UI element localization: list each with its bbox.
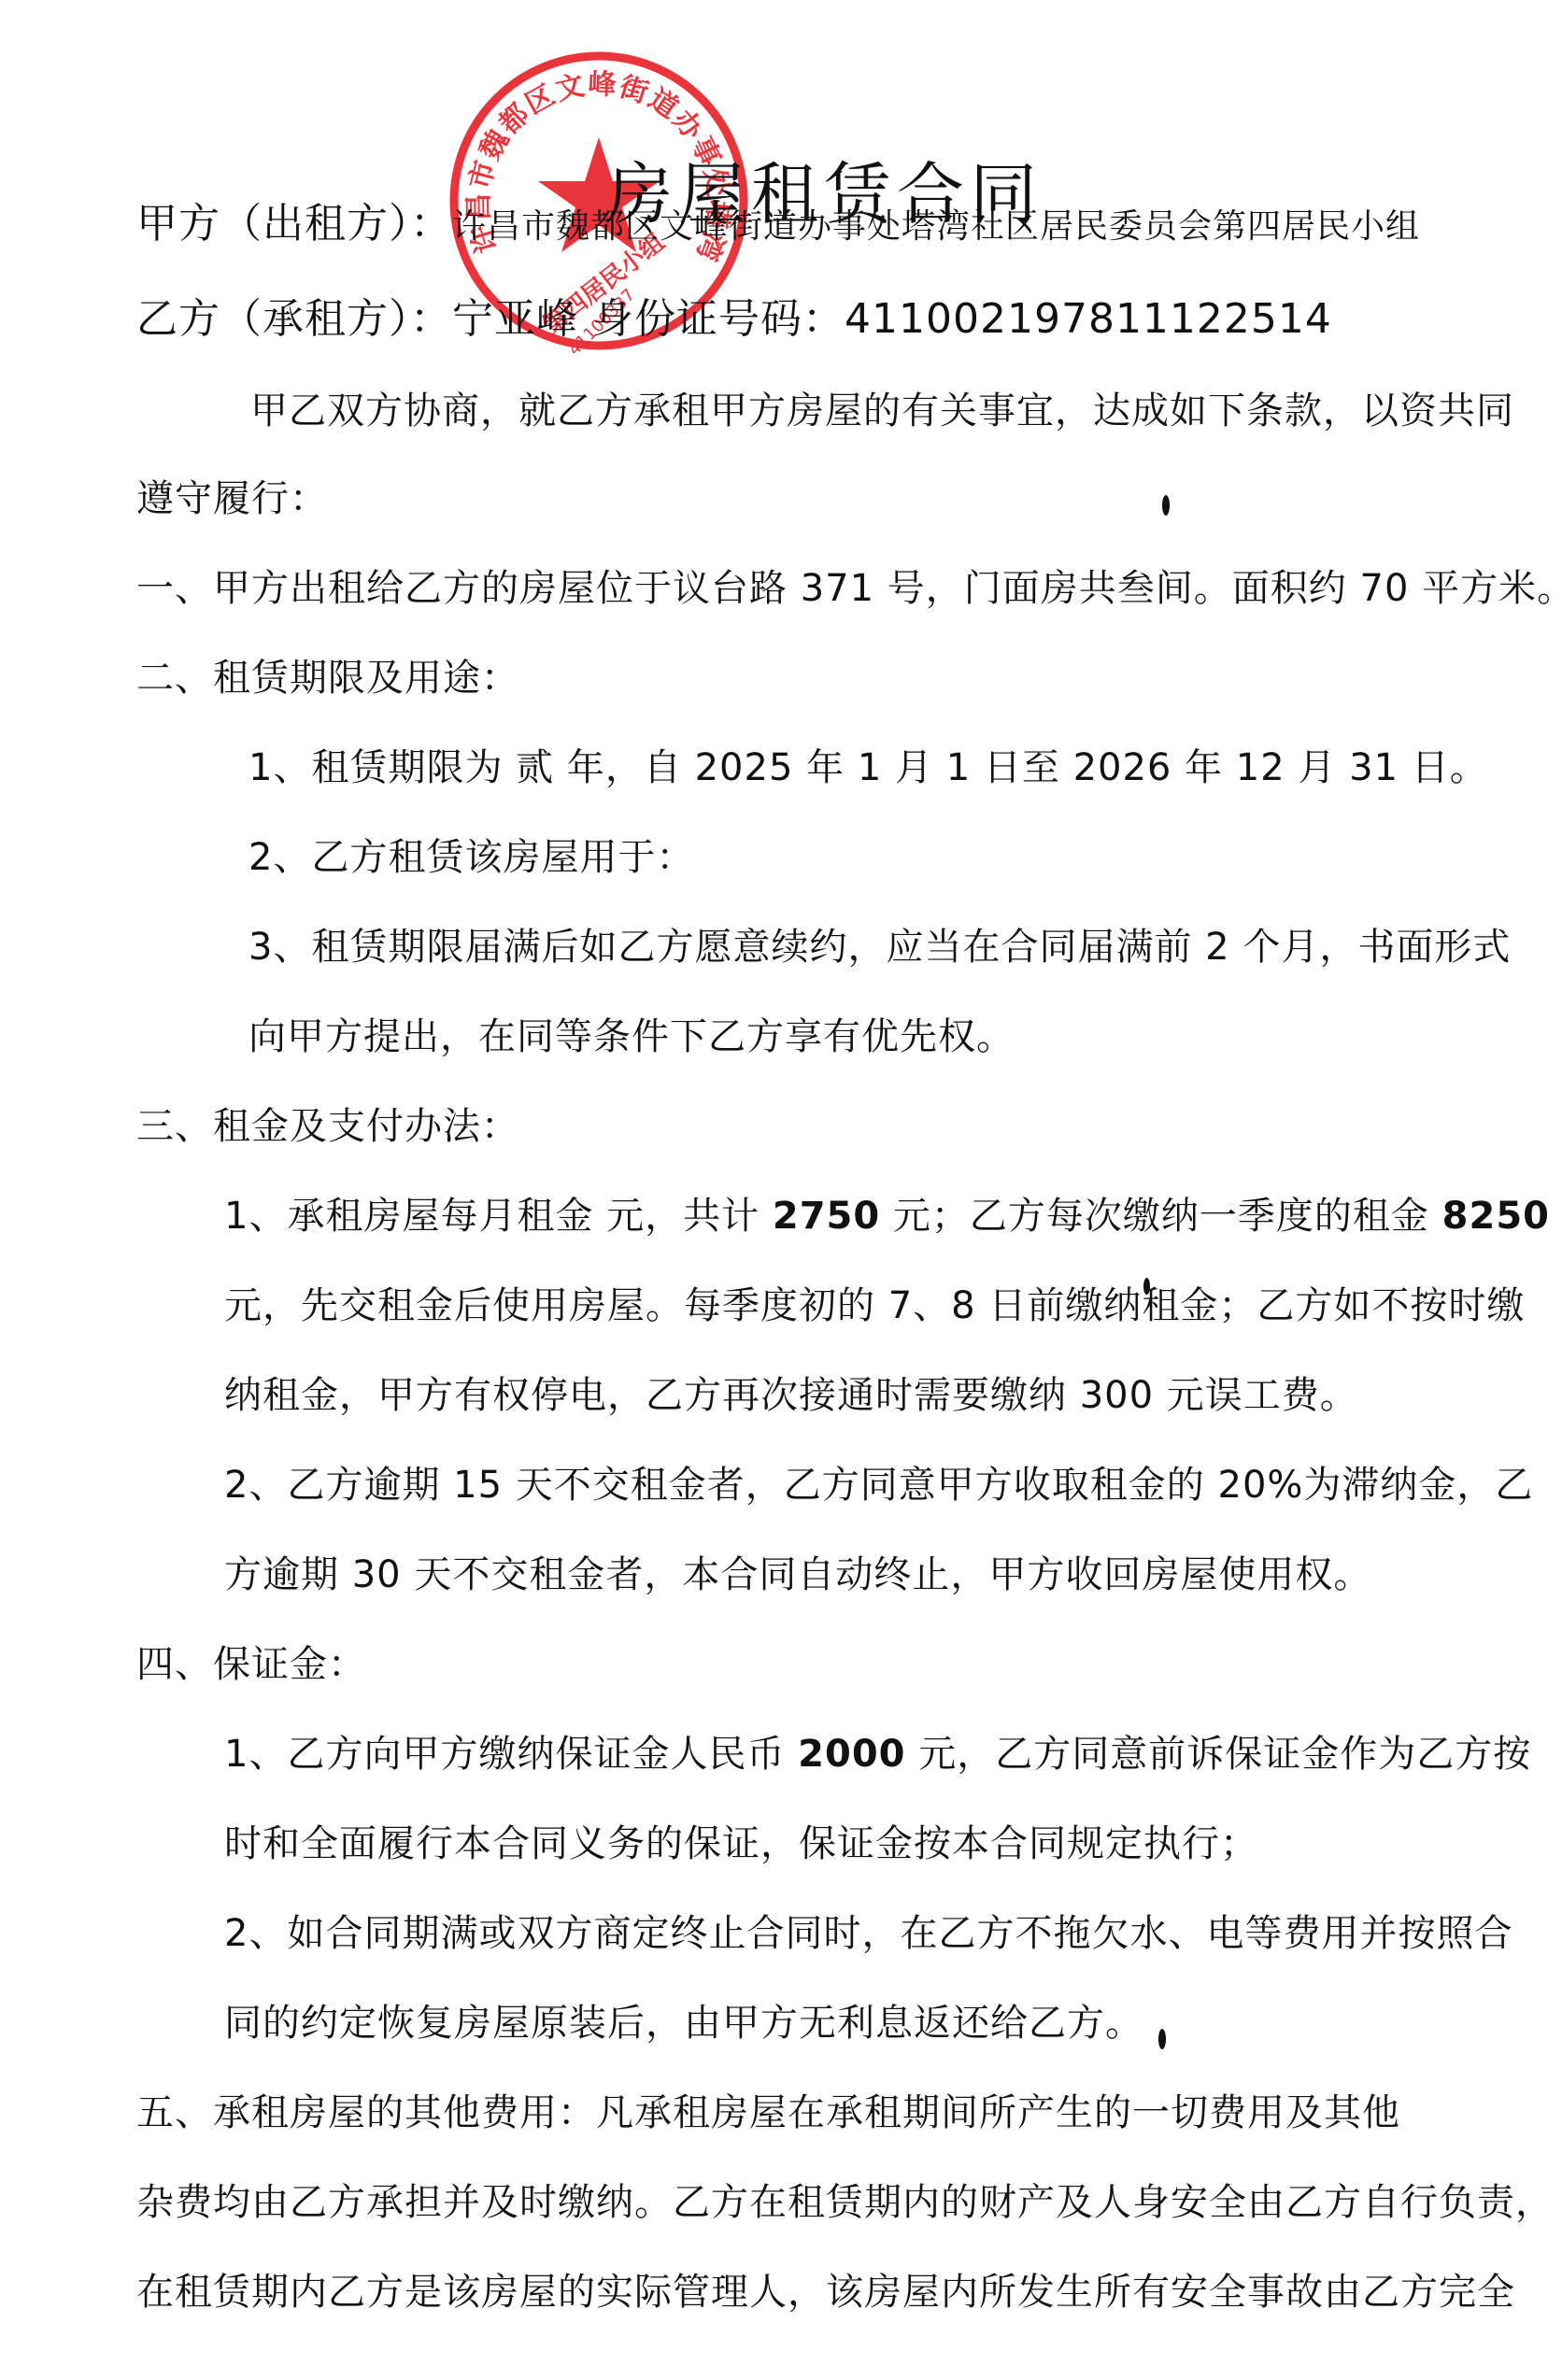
- section-2-item-3-line-1: 3、租赁期限届满后如乙方愿意续约，应当在合同届满前 2 个月，书面形式: [248, 925, 1511, 970]
- section-3-heading: 三、租金及支付办法：: [136, 1104, 519, 1149]
- clause-1-location: 一、甲方出租给乙方的房屋位于议台路 371 号，门面房共叁间。面积约 70 平方…: [136, 566, 1562, 611]
- party-a-name: 许昌市魏都区文峰街道办事处塔湾社区居民委员会第四居民小组: [452, 207, 1420, 246]
- rent-text-b: 元；乙方每次缴纳一季度的租金: [880, 1195, 1441, 1238]
- section-4-item-2-line-1: 2、如合同期满或双方商定终止合同时，在乙方不拖欠水、电等费用并按照合: [224, 1911, 1512, 1956]
- rent-total: 2750: [773, 1195, 880, 1238]
- section-3-item-1-line-3: 纳租金，甲方有权停电，乙方再次接通时需要缴纳 300 元误工费。: [224, 1373, 1358, 1418]
- party-a-label: 甲方（出租方）：: [136, 200, 452, 248]
- party-b-name: 宁亚峰: [452, 295, 578, 343]
- party-a-row: 甲方（出租方）：许昌市魏都区文峰街道办事处塔湾社区居民委员会第四居民小组: [136, 202, 1420, 249]
- section-2-item-1: 1、租赁期限为 贰 年，自 2025 年 1 月 1 日至 2026 年 12 …: [248, 745, 1488, 790]
- section-4-item-1-line-1: 1、乙方向甲方缴纳保证金人民币 2000 元，乙方同意前诉保证金作为乙方按: [224, 1732, 1531, 1777]
- section-5-line-2: 杂费均由乙方承担并及时缴纳。乙方在租赁期内的财产及人身安全由乙方自行负责，: [136, 2180, 1554, 2225]
- section-3-item-2-line-2: 方逾期 30 天不交租金者，本合同自动终止，甲方收回房屋使用权。: [224, 1552, 1371, 1597]
- deposit-amount: 2000: [798, 1733, 905, 1776]
- scan-speck: [1162, 495, 1170, 516]
- rent-text-a: 1、承租房屋每月租金 元，共计: [224, 1195, 773, 1238]
- section-2-item-3-line-2: 向甲方提出，在同等条件下乙方享有优先权。: [248, 1014, 1015, 1059]
- rent-quarterly: 8250: [1442, 1195, 1550, 1238]
- section-3-item-1-line-2: 元，先交租金后使用房屋。每季度初的 7、8 日前缴纳租金；乙方如不按时缴: [224, 1283, 1525, 1328]
- deposit-text-a: 1、乙方向甲方缴纳保证金人民币: [224, 1733, 798, 1776]
- section-2-item-2: 2、乙方租赁该房屋用于：: [248, 835, 694, 880]
- party-b-id: 411002197811122514: [845, 295, 1332, 343]
- section-3-item-1-line-1: 1、承租房屋每月租金 元，共计 2750 元；乙方每次缴纳一季度的租金 8250: [224, 1194, 1550, 1239]
- preamble-line-1: 甲乙双方协商，就乙方承租甲方房屋的有关事宜，达成如下条款，以资共同: [250, 389, 1514, 433]
- section-4-item-2-line-2: 同的约定恢复房屋原装后，由甲方无利息返还给乙方。: [224, 2001, 1143, 2046]
- section-2-heading: 二、租赁期限及用途：: [136, 656, 519, 701]
- section-4-heading: 四、保证金：: [136, 1642, 366, 1687]
- preamble-line-2: 遵守履行：: [136, 476, 328, 521]
- party-b-label: 乙方（承租方）：: [136, 295, 452, 343]
- section-5-line-1: 五、承租房屋的其他费用：凡承租房屋在承租期间所产生的一切费用及其他: [136, 2090, 1400, 2135]
- section-4-item-1-line-2: 时和全面履行本合同义务的保证，保证金按本合同规定执行；: [224, 1821, 1258, 1866]
- deposit-text-b: 元，乙方同意前诉保证金作为乙方按: [906, 1733, 1532, 1776]
- scan-speck: [1143, 1278, 1150, 1295]
- section-5-line-3: 在租赁期内乙方是该房屋的实际管理人，该房屋内所发生所有安全事故由乙方完全: [136, 2270, 1515, 2315]
- party-b-id-label: 身份证号码：: [592, 295, 845, 343]
- section-3-item-2-line-1: 2、乙方逾期 15 天不交租金者，乙方同意甲方收取租金的 20%为滞纳金，乙: [224, 1463, 1533, 1508]
- party-b-row: 乙方（承租方）：宁亚峰 身份证号码：411002197811122514: [136, 297, 1332, 342]
- scan-speck: [1158, 2029, 1166, 2049]
